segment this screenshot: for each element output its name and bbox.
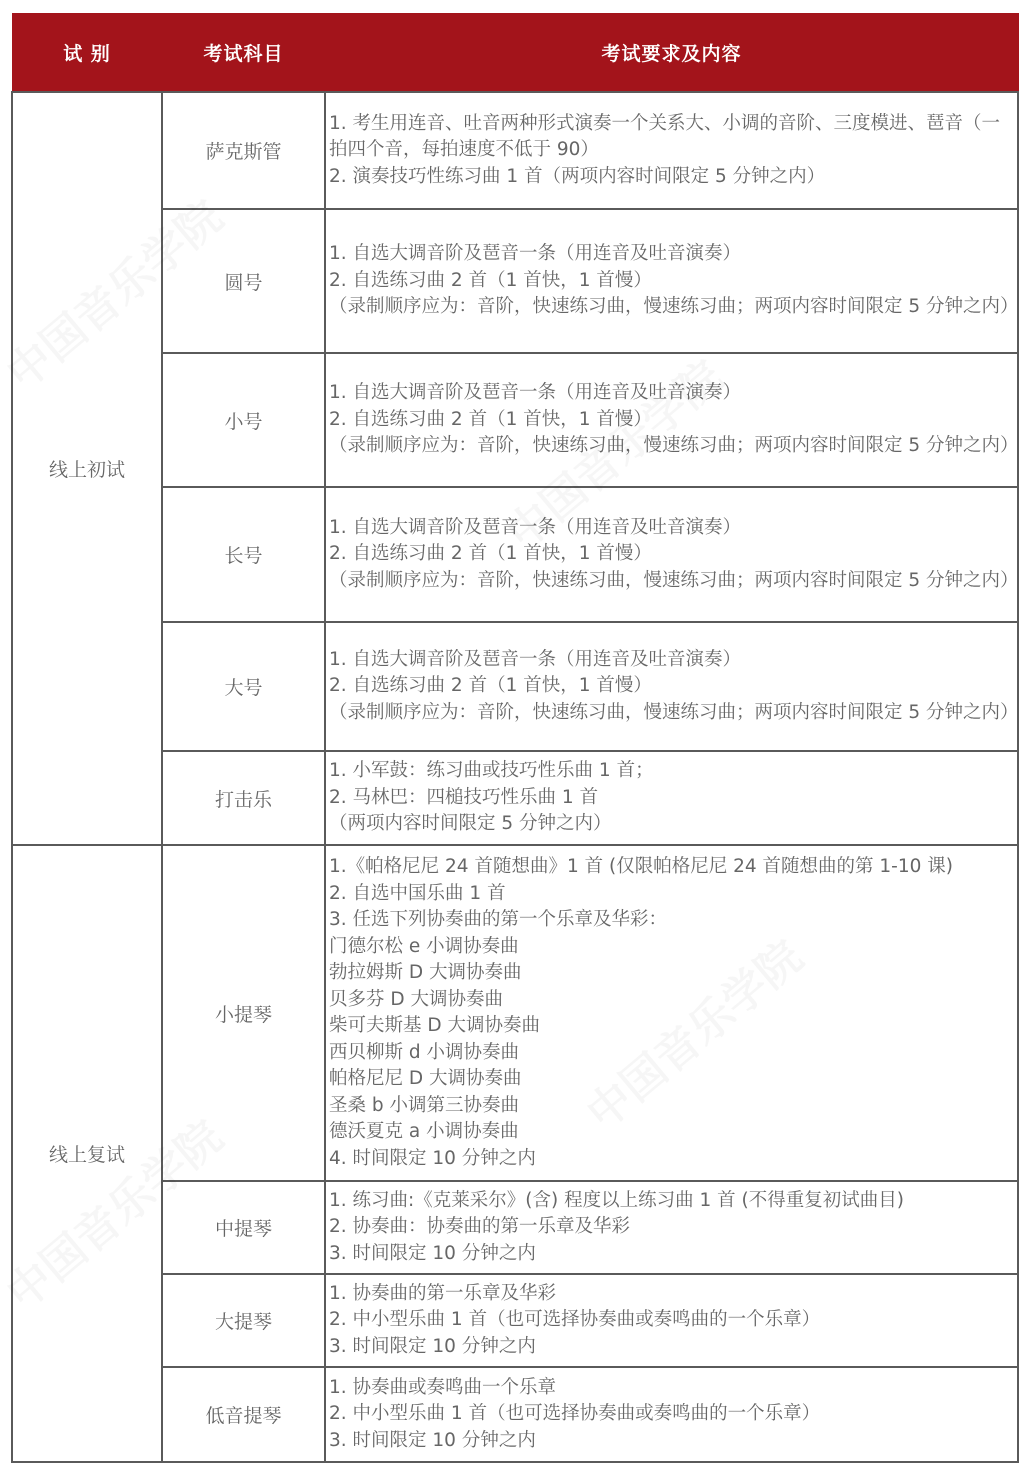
table-row: 大提琴 1. 协奏曲的第一乐章及华彩 2. 中小型乐曲 1 首（也可选择协奏曲或… <box>12 1274 1018 1367</box>
requirement-line: 1. 考生用连音、吐音两种形式演奏一个关系大、小调的音阶、三度模进、琶音（一拍四… <box>329 111 1017 164</box>
subject-cell: 小提琴 <box>162 845 325 1181</box>
requirement-line: 1. 小军鼓：练习曲或技巧性乐曲 1 首； <box>329 758 1017 785</box>
requirement-line: 2. 自选练习曲 2 首（1 首快，1 首慢） <box>329 673 1017 700</box>
requirement-line: 1. 自选大调音阶及琶音一条（用连音及吐音演奏） <box>329 515 1017 542</box>
requirement-line: 1. 自选大调音阶及琶音一条（用连音及吐音演奏） <box>329 380 1017 407</box>
requirement-line: （两项内容时间限定 5 分钟之内） <box>329 811 1017 838</box>
requirements-cell: 1. 小军鼓：练习曲或技巧性乐曲 1 首； 2. 马林巴：四槌技巧性乐曲 1 首… <box>325 751 1018 845</box>
concerto-option: 西贝柳斯 d 小调协奏曲 <box>329 1040 1017 1067</box>
requirement-line: 1. 协奏曲的第一乐章及华彩 <box>329 1281 1017 1308</box>
requirement-line: 2. 马林巴：四槌技巧性乐曲 1 首 <box>329 785 1017 812</box>
requirement-line: 2. 协奏曲：协奏曲的第一乐章及华彩 <box>329 1214 1017 1241</box>
requirements-cell: 1. 考生用连音、吐音两种形式演奏一个关系大、小调的音阶、三度模进、琶音（一拍四… <box>325 92 1018 209</box>
table-row: 线上初试 萨克斯管 1. 考生用连音、吐音两种形式演奏一个关系大、小调的音阶、三… <box>12 92 1018 209</box>
column-header-requirements: 考试要求及内容 <box>325 14 1018 93</box>
requirement-line: 2. 中小型乐曲 1 首（也可选择协奏曲或奏鸣曲的一个乐章） <box>329 1307 1017 1334</box>
requirement-line: （录制顺序应为：音阶，快速练习曲，慢速练习曲；两项内容时间限定 5 分钟之内） <box>329 568 1017 595</box>
table-row: 圆号 1. 自选大调音阶及琶音一条（用连音及吐音演奏） 2. 自选练习曲 2 首… <box>12 209 1018 353</box>
requirement-line: （录制顺序应为：音阶，快速练习曲，慢速练习曲；两项内容时间限定 5 分钟之内） <box>329 294 1017 321</box>
requirement-line: 4. 时间限定 10 分钟之内 <box>329 1146 1017 1173</box>
requirements-cell: 1.《帕格尼尼 24 首随想曲》1 首 (仅限帕格尼尼 24 首随想曲的第 1-… <box>325 845 1018 1181</box>
concerto-option: 柴可夫斯基 D 大调协奏曲 <box>329 1013 1017 1040</box>
requirement-line: 3. 时间限定 10 分钟之内 <box>329 1428 1017 1455</box>
requirement-line: 2. 自选中国乐曲 1 首 <box>329 881 1017 908</box>
requirement-line: 3. 时间限定 10 分钟之内 <box>329 1334 1017 1361</box>
requirement-line: 2. 自选练习曲 2 首（1 首快，1 首慢） <box>329 541 1017 568</box>
table-row: 低音提琴 1. 协奏曲或奏鸣曲一个乐章 2. 中小型乐曲 1 首（也可选择协奏曲… <box>12 1367 1018 1462</box>
requirement-line: 1. 自选大调音阶及琶音一条（用连音及吐音演奏） <box>329 647 1017 674</box>
requirement-line: 1. 协奏曲或奏鸣曲一个乐章 <box>329 1375 1017 1402</box>
subject-cell: 萨克斯管 <box>162 92 325 209</box>
requirement-line: 2. 自选练习曲 2 首（1 首快，1 首慢） <box>329 268 1017 295</box>
subject-cell: 圆号 <box>162 209 325 353</box>
concerto-option: 贝多芬 D 大调协奏曲 <box>329 987 1017 1014</box>
subject-cell: 中提琴 <box>162 1181 325 1274</box>
requirement-line: 2. 自选练习曲 2 首（1 首快，1 首慢） <box>329 407 1017 434</box>
requirement-line: （录制顺序应为：音阶，快速练习曲，慢速练习曲；两项内容时间限定 5 分钟之内） <box>329 433 1017 460</box>
exam-requirements-table: 试 别 考试科目 考试要求及内容 线上初试 萨克斯管 1. 考生用连音、吐音两种… <box>11 13 1019 1463</box>
table-header-row: 试 别 考试科目 考试要求及内容 <box>12 14 1018 93</box>
subject-cell: 大提琴 <box>162 1274 325 1367</box>
table-row: 线上复试 小提琴 1.《帕格尼尼 24 首随想曲》1 首 (仅限帕格尼尼 24 … <box>12 845 1018 1181</box>
concerto-option: 勃拉姆斯 D 大调协奏曲 <box>329 960 1017 987</box>
concerto-option: 德沃夏克 a 小调协奏曲 <box>329 1119 1017 1146</box>
requirement-line: 1.《帕格尼尼 24 首随想曲》1 首 (仅限帕格尼尼 24 首随想曲的第 1-… <box>329 854 1017 881</box>
table-row: 大号 1. 自选大调音阶及琶音一条（用连音及吐音演奏） 2. 自选练习曲 2 首… <box>12 622 1018 751</box>
subject-cell: 大号 <box>162 622 325 751</box>
requirement-line: 2. 演奏技巧性练习曲 1 首（两项内容时间限定 5 分钟之内） <box>329 164 1017 191</box>
requirements-cell: 1. 练习曲:《克莱采尔》(含) 程度以上练习曲 1 首 (不得重复初试曲目) … <box>325 1181 1018 1274</box>
category-cell-final: 线上复试 <box>12 845 162 1462</box>
category-cell-preliminary: 线上初试 <box>12 92 162 845</box>
requirement-line: 3. 任选下列协奏曲的第一个乐章及华彩： <box>329 907 1017 934</box>
requirements-cell: 1. 自选大调音阶及琶音一条（用连音及吐音演奏） 2. 自选练习曲 2 首（1 … <box>325 353 1018 487</box>
subject-cell: 打击乐 <box>162 751 325 845</box>
requirements-cell: 1. 自选大调音阶及琶音一条（用连音及吐音演奏） 2. 自选练习曲 2 首（1 … <box>325 487 1018 622</box>
subject-cell: 长号 <box>162 487 325 622</box>
requirement-line: （录制顺序应为：音阶，快速练习曲，慢速练习曲；两项内容时间限定 5 分钟之内） <box>329 700 1017 727</box>
requirements-cell: 1. 协奏曲的第一乐章及华彩 2. 中小型乐曲 1 首（也可选择协奏曲或奏鸣曲的… <box>325 1274 1018 1367</box>
requirement-line: 3. 时间限定 10 分钟之内 <box>329 1241 1017 1268</box>
column-header-subject: 考试科目 <box>162 14 325 93</box>
subject-cell: 低音提琴 <box>162 1367 325 1462</box>
table-row: 中提琴 1. 练习曲:《克莱采尔》(含) 程度以上练习曲 1 首 (不得重复初试… <box>12 1181 1018 1274</box>
column-header-category: 试 别 <box>12 14 162 93</box>
table-row: 小号 1. 自选大调音阶及琶音一条（用连音及吐音演奏） 2. 自选练习曲 2 首… <box>12 353 1018 487</box>
requirements-cell: 1. 协奏曲或奏鸣曲一个乐章 2. 中小型乐曲 1 首（也可选择协奏曲或奏鸣曲的… <box>325 1367 1018 1462</box>
requirement-line: 1. 练习曲:《克莱采尔》(含) 程度以上练习曲 1 首 (不得重复初试曲目) <box>329 1188 1017 1215</box>
table-row: 打击乐 1. 小军鼓：练习曲或技巧性乐曲 1 首； 2. 马林巴：四槌技巧性乐曲… <box>12 751 1018 845</box>
concerto-option: 门德尔松 e 小调协奏曲 <box>329 934 1017 961</box>
table-row: 长号 1. 自选大调音阶及琶音一条（用连音及吐音演奏） 2. 自选练习曲 2 首… <box>12 487 1018 622</box>
concerto-option: 帕格尼尼 D 大调协奏曲 <box>329 1066 1017 1093</box>
concerto-option: 圣桑 b 小调第三协奏曲 <box>329 1093 1017 1120</box>
requirement-line: 2. 中小型乐曲 1 首（也可选择协奏曲或奏鸣曲的一个乐章） <box>329 1401 1017 1428</box>
requirements-cell: 1. 自选大调音阶及琶音一条（用连音及吐音演奏） 2. 自选练习曲 2 首（1 … <box>325 622 1018 751</box>
requirements-cell: 1. 自选大调音阶及琶音一条（用连音及吐音演奏） 2. 自选练习曲 2 首（1 … <box>325 209 1018 353</box>
requirement-line: 1. 自选大调音阶及琶音一条（用连音及吐音演奏） <box>329 241 1017 268</box>
subject-cell: 小号 <box>162 353 325 487</box>
